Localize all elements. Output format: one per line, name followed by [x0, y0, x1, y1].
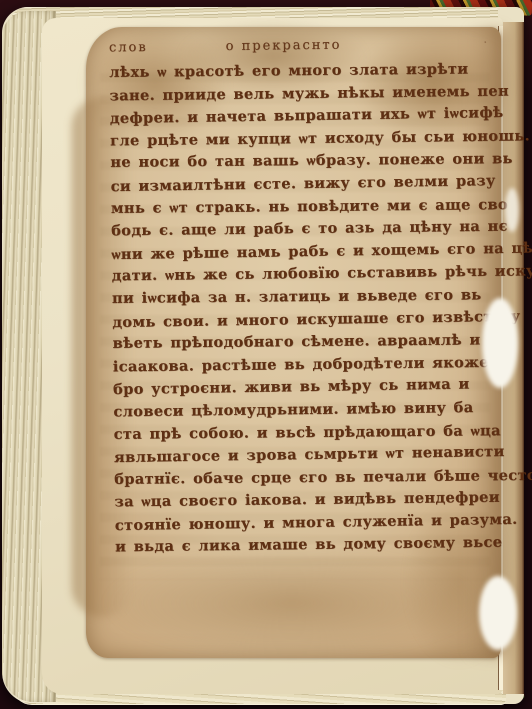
stain-bottom: [102, 547, 482, 659]
manuscript-photo: слов о прекраснто · лѣхь ѡ красотѣ его м…: [0, 0, 532, 709]
white-patch-upper-right: [505, 188, 519, 232]
manuscript-line-7: мнь є ѡт стракь. нь повѣдите ми є аще св…: [111, 194, 505, 220]
white-patch-mid-right: [482, 298, 518, 388]
folio-mark: ·: [483, 36, 489, 51]
white-patch-bottom-right: [479, 576, 517, 650]
manuscript-line-1: лѣхь ѡ красотѣ его много злата изрѣти: [109, 58, 503, 84]
running-title-right: о прекраснто: [226, 38, 342, 54]
manuscript-line-13: вѣеть прѣподобнаго сѣмене. авраамлѣ и: [112, 329, 506, 355]
manuscript-line-19: братнїє. обаче срце єго вь печали бѣше ч…: [114, 465, 508, 491]
running-title-left: слов: [109, 40, 148, 55]
text-block: слов о прекраснто · лѣхь ѡ красотѣ его м…: [109, 36, 509, 560]
body-lines: лѣхь ѡ красотѣ его много злата изрѣти за…: [109, 58, 509, 560]
